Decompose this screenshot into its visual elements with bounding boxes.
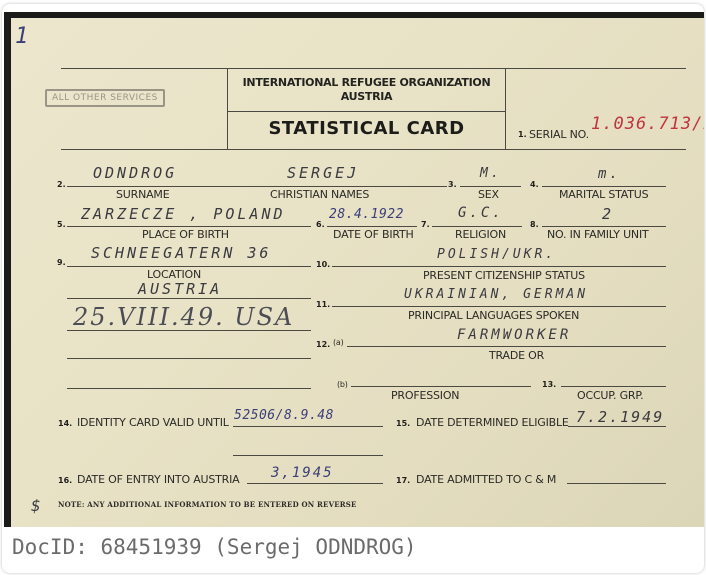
date-admitted-label: DATE ADMITTED TO C & M: [416, 473, 556, 486]
date-entry-line: [247, 483, 383, 484]
field-number: 9.: [57, 258, 66, 267]
identity-card-line-2: [233, 455, 383, 456]
religion-line: [432, 226, 522, 227]
identity-card-line: [233, 426, 383, 427]
family-unit-line: [542, 226, 666, 227]
field-number: 2.: [57, 180, 66, 189]
location-line-2: [67, 298, 311, 299]
field-number: 6.: [316, 220, 325, 229]
field-number: 5.: [57, 220, 66, 229]
reverse-note: NOTE: ANY ADDITIONAL INFORMATION TO BE E…: [58, 500, 357, 509]
field-number: 10.: [316, 260, 330, 269]
family-unit-label: NO. IN FAMILY UNIT: [547, 228, 649, 241]
location-line-3: [67, 330, 311, 331]
identity-card-value: 52506/8.9.48: [234, 408, 334, 423]
religion-value: G.C.: [458, 205, 504, 221]
header-divider-right: [505, 68, 506, 150]
field-number: 4.: [530, 180, 539, 189]
sex-label: SEX: [478, 188, 499, 201]
services-stamp: ALL OTHER SERVICES: [45, 89, 165, 107]
trade-line: [347, 346, 666, 347]
document-caption: DocID: 68451939 (Sergej ODNDROG): [12, 535, 417, 559]
date-entry-value: 3,1945: [271, 465, 334, 481]
blank-line-2: [67, 388, 311, 389]
organization-country: AUSTRIA: [228, 90, 505, 103]
profession-sub-label: (b): [337, 380, 348, 389]
statistical-card: 1 ALL OTHER SERVICES INTERNATIONAL REFUG…: [11, 18, 704, 527]
profession-label: PROFESSION: [391, 389, 459, 402]
scan-border: 1 ALL OTHER SERVICES INTERNATIONAL REFUG…: [4, 12, 704, 527]
field-number: 12.: [316, 340, 330, 349]
surname-value: ODNDROG: [93, 164, 177, 182]
field-number: 16.: [58, 476, 72, 485]
marital-status-line: [542, 186, 666, 187]
christian-names-label: CHRISTIAN NAMES: [270, 188, 369, 201]
field-number: 17.: [396, 476, 410, 485]
sex-line: [460, 186, 521, 187]
languages-value: UKRAINIAN, GERMAN: [404, 287, 588, 302]
languages-line: [332, 306, 666, 307]
field-number: 14.: [58, 419, 72, 428]
corner-mark: 1: [15, 24, 28, 49]
header-bottom-rule: [61, 149, 686, 150]
place-of-birth-line: [67, 226, 311, 227]
blank-line-1: [67, 358, 311, 359]
occup-grp-label: OCCUP. GRP.: [577, 389, 643, 402]
margin-mark: $: [31, 496, 41, 515]
sex-value: M.: [480, 166, 502, 181]
date-of-birth-label: DATE OF BIRTH: [333, 228, 414, 241]
profession-line: [351, 386, 531, 387]
occup-grp-line: [561, 386, 666, 387]
field-number: 8.: [530, 220, 539, 229]
trade-value: FARMWORKER: [457, 327, 571, 343]
header-mid-rule: [227, 111, 505, 112]
field-number: 13.: [542, 380, 556, 389]
family-unit-value: 2: [602, 205, 614, 223]
citizenship-label: PRESENT CITIZENSHIP STATUS: [423, 269, 585, 282]
date-of-birth-value: 28.4.1922: [329, 207, 404, 222]
field-number: 3.: [448, 180, 457, 189]
date-eligible-label: DATE DETERMINED ELIGIBLE: [416, 416, 569, 429]
field-number: 15.: [396, 419, 410, 428]
location-value: SCHNEEGATERN 36: [91, 244, 271, 262]
card-title: STATISTICAL CARD: [228, 118, 505, 139]
date-of-birth-line: [327, 226, 417, 227]
citizenship-value: POLISH/UKR.: [437, 247, 556, 262]
date-eligible-line: [568, 426, 666, 427]
organization-name: INTERNATIONAL REFUGEE ORGANIZATION: [228, 76, 505, 89]
serial-label: SERIAL NO.: [529, 128, 589, 141]
field-number: 7.: [421, 220, 430, 229]
date-eligible-value: 7.2.1949: [576, 408, 664, 426]
field-number: 1.: [518, 130, 527, 139]
document-frame: 1 ALL OTHER SERVICES INTERNATIONAL REFUG…: [2, 4, 704, 573]
citizenship-line: [332, 266, 666, 267]
religion-label: RELIGION: [455, 228, 506, 241]
marital-status-label: MARITAL STATUS: [559, 188, 648, 201]
date-admitted-line: [567, 483, 666, 484]
location-line: [67, 266, 311, 267]
date-entry-label: DATE OF ENTRY INTO AUSTRIA: [77, 473, 240, 486]
christian-names-value: SERGEJ: [287, 164, 359, 182]
header-top-rule: [61, 68, 686, 69]
trade-sub-label: (a): [333, 338, 344, 347]
surname-line: [67, 186, 447, 187]
field-number: 11.: [316, 300, 330, 309]
identity-card-label: IDENTITY CARD VALID UNTIL: [77, 416, 229, 429]
place-of-birth-label: PLACE OF BIRTH: [142, 228, 229, 241]
surname-label: SURNAME: [116, 188, 169, 201]
emigration-annotation: 25.VIII.49. USA: [73, 303, 294, 331]
languages-label: PRINCIPAL LANGUAGES SPOKEN: [408, 309, 579, 322]
place-of-birth-value: ZARZECZE , POLAND: [81, 205, 286, 223]
trade-label: TRADE OR: [489, 349, 544, 362]
location-country-value: AUSTRIA: [138, 280, 222, 298]
serial-value: 1.036.713/2/A: [591, 114, 704, 134]
marital-status-value: m.: [598, 166, 621, 182]
